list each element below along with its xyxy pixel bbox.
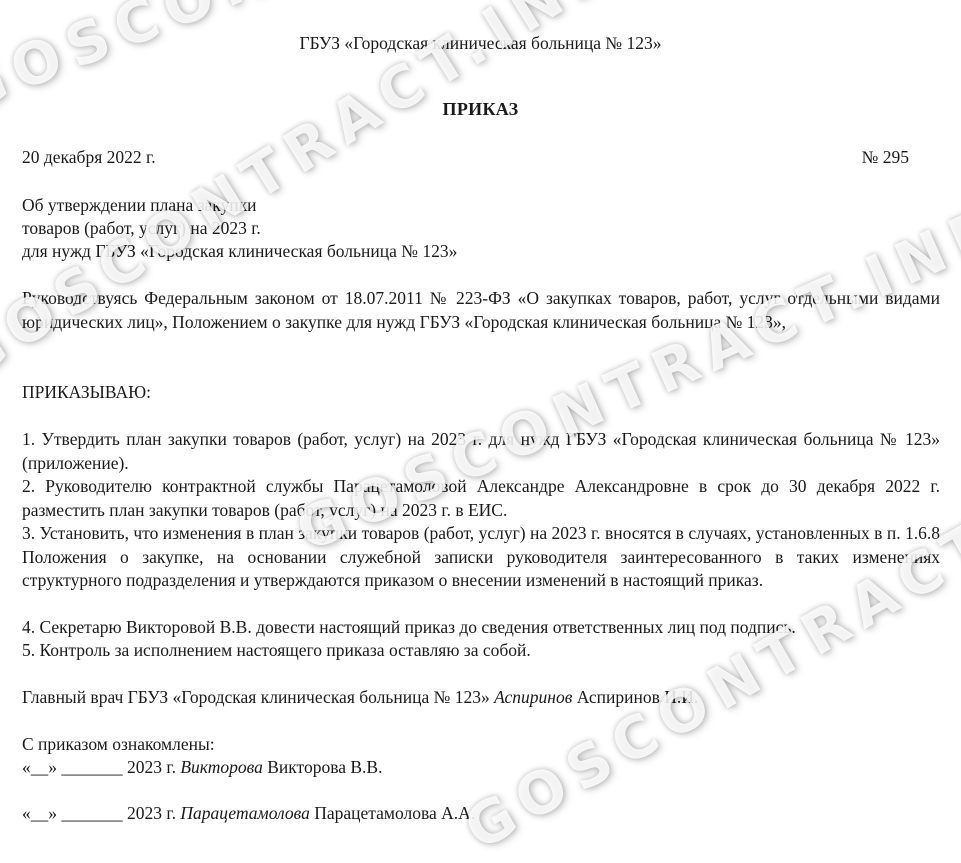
order-item-5: 5. Контроль за исполнением настоящего пр… — [22, 639, 531, 662]
order-item-1: 1. Утвердить план закупки товаров (работ… — [22, 428, 940, 475]
order-item-2: 2. Руководителю контрактной службы Парац… — [22, 475, 940, 522]
organization-header: ГБУЗ «Городская клиническая больница № 1… — [0, 32, 961, 55]
acknowledged-label: С приказом ознакомлены: — [22, 733, 215, 756]
signature-name: Аспиринов И.И. — [577, 687, 699, 707]
order-item-4: 4. Секретарю Викторовой В.В. довести нас… — [22, 616, 796, 639]
order-number: № 295 — [862, 146, 909, 169]
ack-name: Викторова В.В. — [267, 757, 382, 777]
document-page: ГБУЗ «Городская клиническая больница № 1… — [0, 0, 961, 863]
acknowledgement-row: «__» _______ 2023 г. Викторова Викторова… — [22, 756, 382, 779]
subject-line-3: для нужд ГБУЗ «Городская клиническая бол… — [22, 240, 457, 263]
subject-line-1: Об утверждении плана закупки — [22, 194, 257, 217]
ack-name: Парацетамолова А.А. — [314, 803, 475, 823]
order-item-3: 3. Установить, что изменения в план заку… — [22, 522, 940, 593]
subject-line-2: товаров (работ, услуг) на 2023 г. — [22, 217, 261, 240]
signature-handwritten: Аспиринов — [494, 687, 572, 707]
acknowledgement-row: «__» _______ 2023 г. Парацетамолова Пара… — [22, 802, 475, 825]
ack-handwritten: Парацетамолова — [180, 803, 310, 823]
ack-date-blank: «__» _______ 2023 г. — [22, 757, 176, 777]
signature-position: Главный врач ГБУЗ «Городская клиническая… — [22, 687, 490, 707]
preamble-paragraph: Руководствуясь Федеральным законом от 18… — [22, 287, 940, 334]
signature-line: Главный врач ГБУЗ «Городская клиническая… — [22, 686, 698, 709]
order-word: ПРИКАЗЫВАЮ: — [22, 381, 151, 404]
ack-date-blank: «__» _______ 2023 г. — [22, 803, 176, 823]
ack-handwritten: Викторова — [180, 757, 263, 777]
document-title: ПРИКАЗ — [0, 98, 961, 121]
order-date: 20 декабря 2022 г. — [22, 146, 156, 169]
